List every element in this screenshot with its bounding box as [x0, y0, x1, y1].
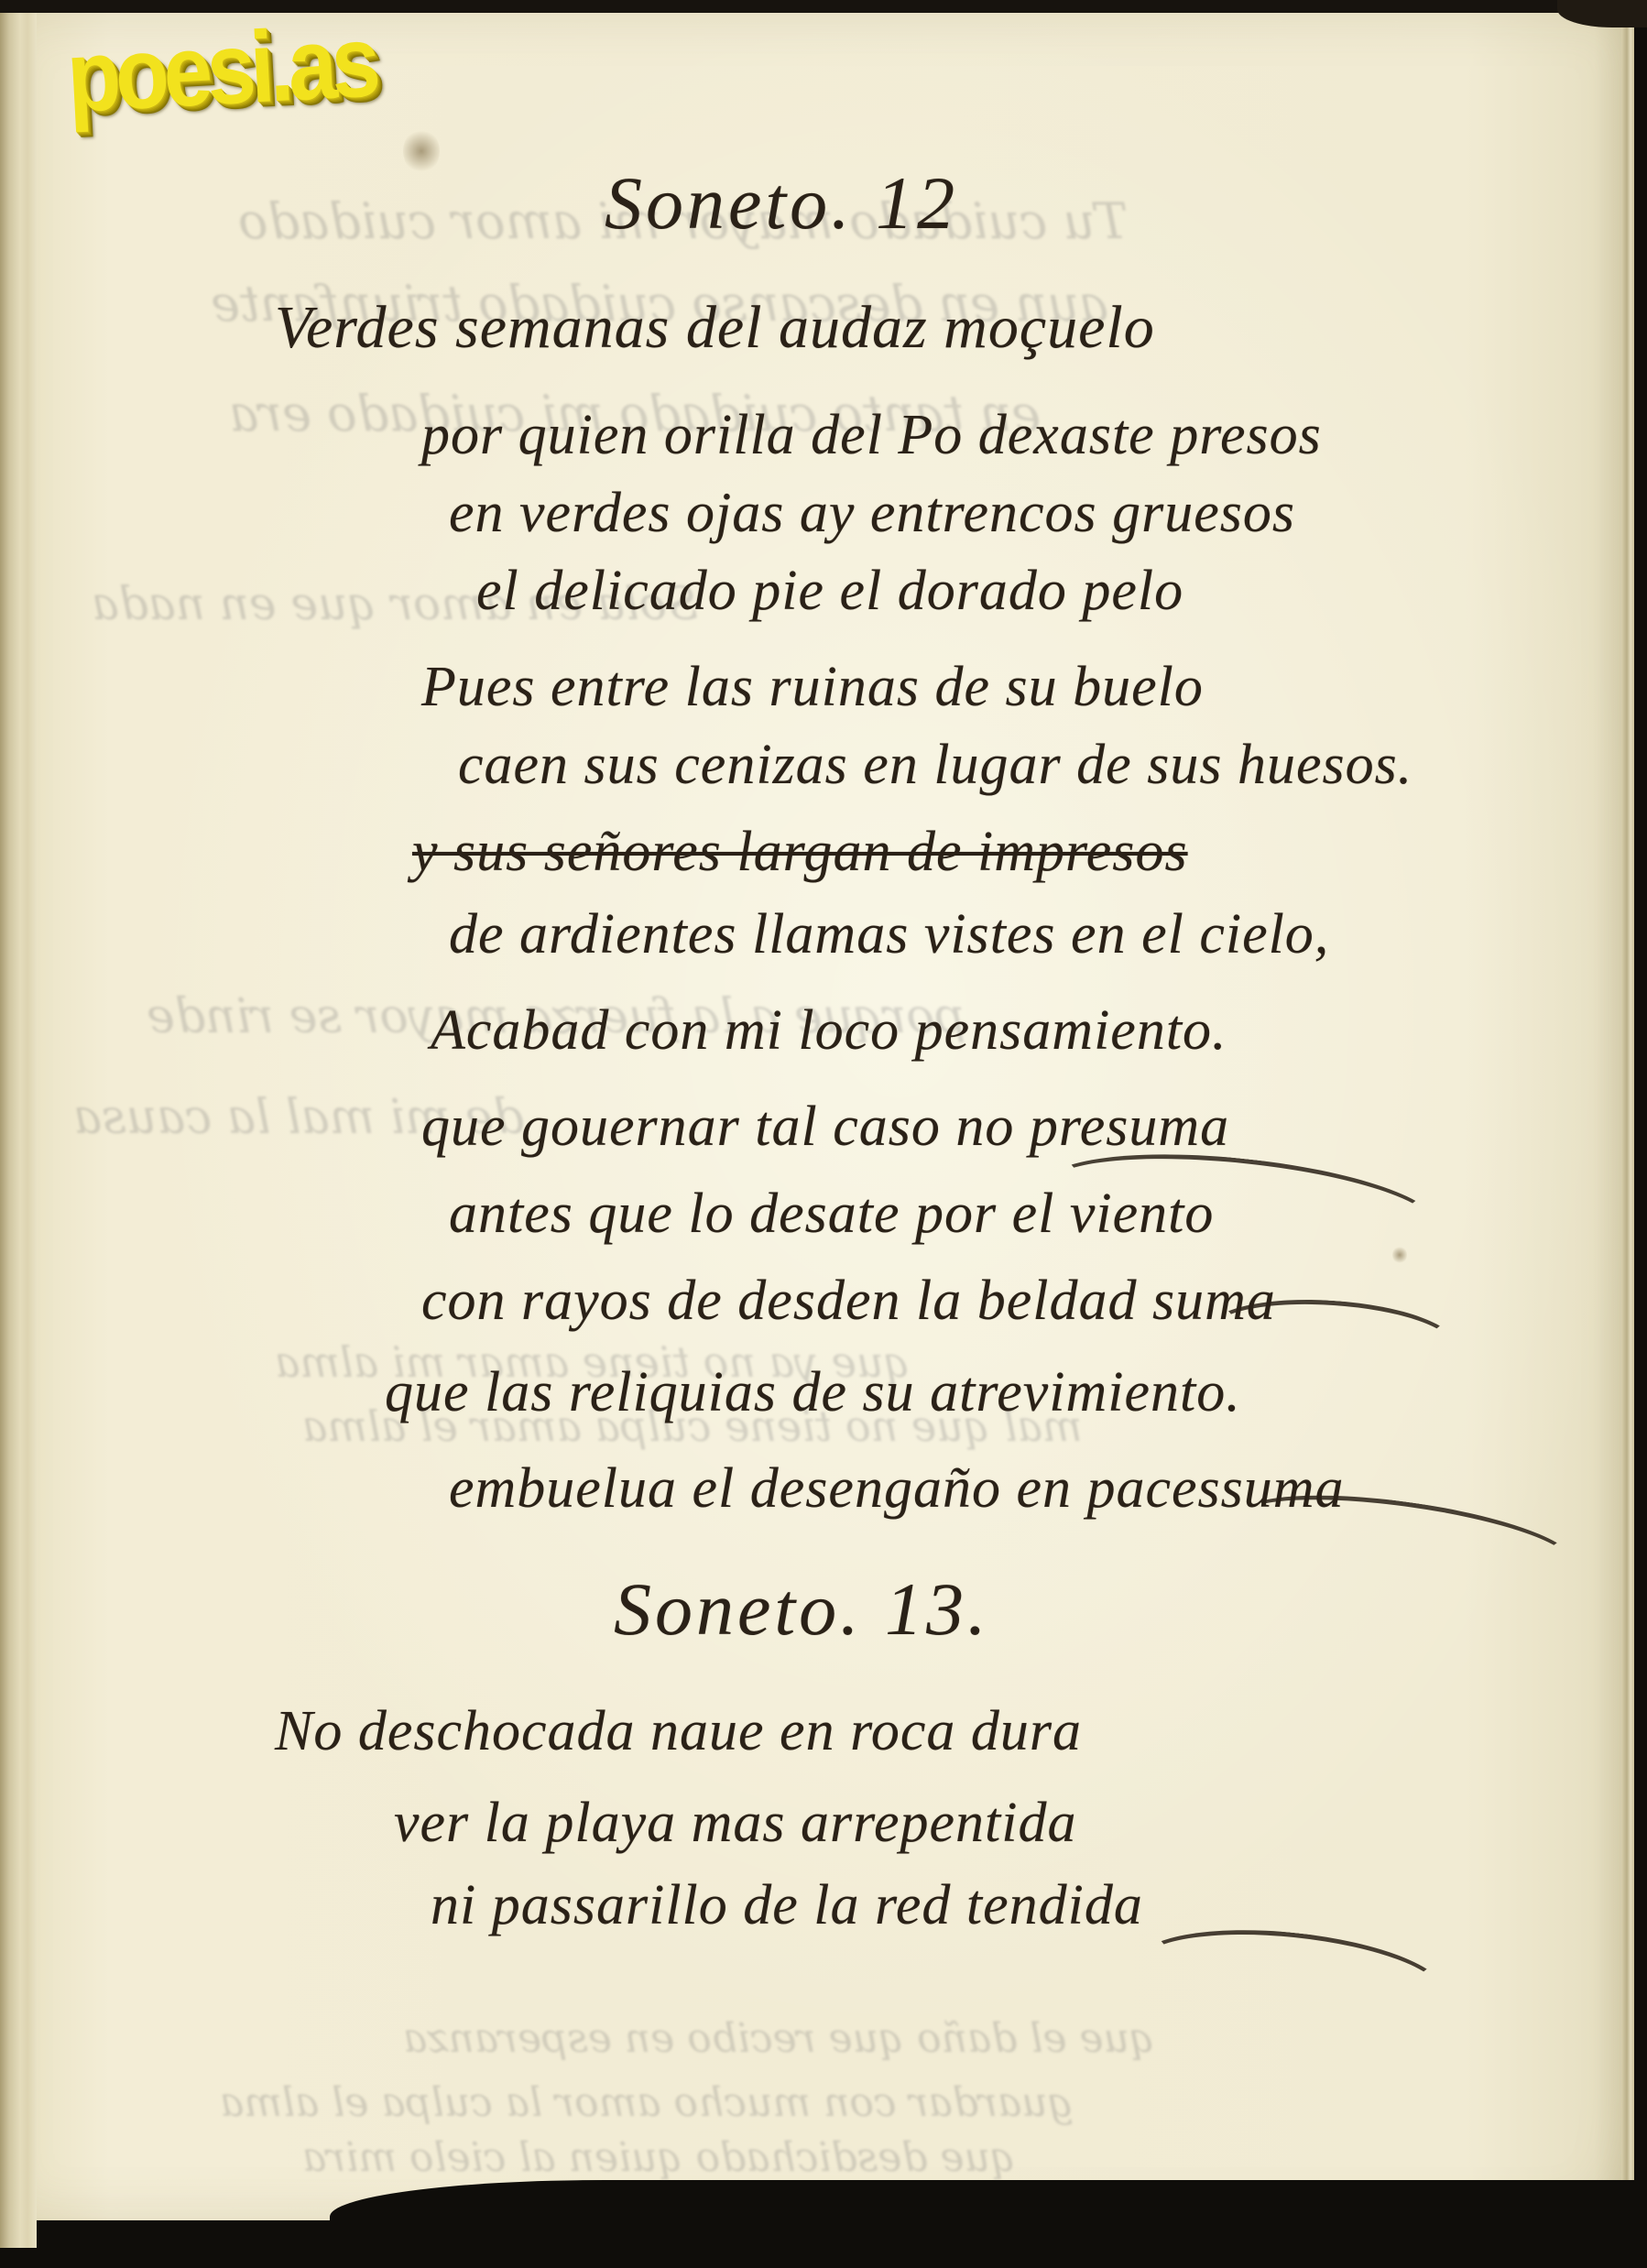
bleed-through-text: que el daño que recibo en esperanza [403, 2015, 1155, 2062]
verse-line: Verdes semanas del audaz moçuelo [275, 293, 1155, 363]
verse-line: con rayos de desden la beldad suma [421, 1269, 1276, 1334]
verse-line: embuelua el desengaño en pacessuma [449, 1456, 1345, 1521]
verse-line: Acabad con mi loco pensamiento. [431, 998, 1227, 1063]
verse-line: caen sus cenizas en lugar de sus huesos. [458, 733, 1412, 798]
page-gutter [0, 13, 37, 2248]
verse-line: que las reliquias de su atrevimiento. [385, 1360, 1241, 1425]
sonnet-heading: Soneto. 12 [605, 160, 958, 246]
struck-verse-line: y sus señores largan de impresos [412, 820, 1188, 885]
verse-line: por quien orilla del Po dexaste presos [421, 403, 1322, 468]
page-right-edge [1621, 18, 1634, 2189]
verse-line: en verdes ojas ay entrencos gruesos [449, 481, 1295, 546]
verse-line: No deschocada naue en roca dura [275, 1699, 1082, 1764]
verse-line: ni passarillo de la red tendida [431, 1873, 1143, 1938]
verse-line: ver la playa mas arrepentida [394, 1791, 1076, 1856]
bleed-through-text: guardar con mucho amor la culpa el alma [220, 2079, 1074, 2126]
ink-stain [403, 128, 440, 174]
poesias-watermark-logo: poesi.as [64, 4, 377, 136]
bleed-through-text: que desdichado quien al cielo mira [302, 2134, 1016, 2181]
scan-bottom-edge [330, 2180, 1647, 2268]
verse-line: el delicado pie el dorado pelo [476, 559, 1183, 624]
verse-line: que gouernar tal caso no presuma [421, 1095, 1229, 1160]
sonnet-heading: Soneto. 13. [614, 1566, 990, 1652]
manuscript-scan: Tu cuidado mayor mi amor cuidado aun en … [0, 0, 1647, 2268]
verse-line: de ardientes llamas vistes en el cielo, [449, 902, 1329, 967]
verse-line: Pues entre las ruinas de su buelo [421, 655, 1204, 720]
